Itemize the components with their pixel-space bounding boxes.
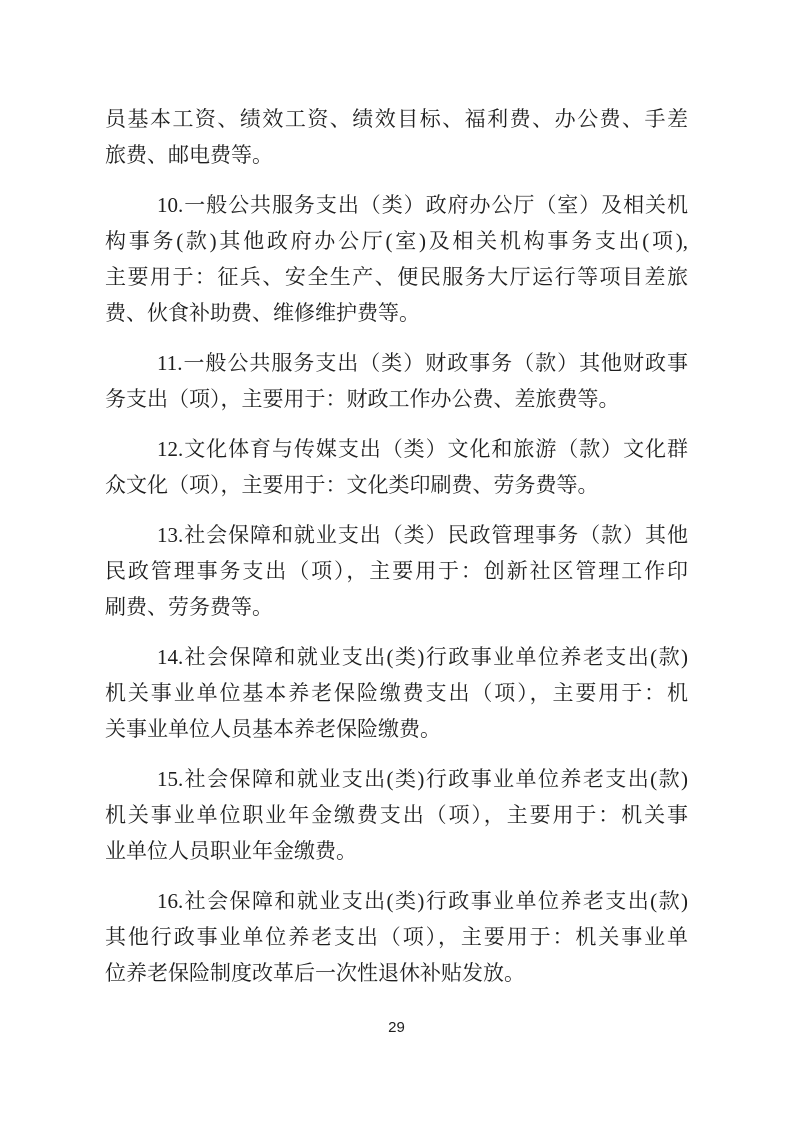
page-number: 29 — [0, 1019, 793, 1036]
text-line: 费、伙食补助费、维修维护费等。 — [105, 295, 688, 331]
paragraph: 10.一般公共服务支出（类）政府办公厅（室）及相关机构事务(款)其他政府办公厅(… — [105, 187, 688, 331]
text-line: 13.社会保障和就业支出（类）民政管理事务（款）其他 — [105, 517, 688, 553]
text-line: 12.文化体育与传媒支出（类）文化和旅游（款）文化群 — [105, 431, 688, 467]
text-line: 机关事业单位职业年金缴费支出（项），主要用于：机关事 — [105, 797, 688, 833]
text-line: 14.社会保障和就业支出(类)行政事业单位养老支出(款) — [105, 639, 688, 675]
paragraph: 12.文化体育与传媒支出（类）文化和旅游（款）文化群众文化（项），主要用于：文化… — [105, 431, 688, 503]
text-line: 刷费、劳务费等。 — [105, 589, 688, 625]
paragraph: 13.社会保障和就业支出（类）民政管理事务（款）其他民政管理事务支出（项），主要… — [105, 517, 688, 625]
text-line: 16.社会保障和就业支出(类)行政事业单位养老支出(款) — [105, 883, 688, 919]
text-line: 关事业单位人员基本养老保险缴费。 — [105, 711, 688, 747]
text-line: 员基本工资、绩效工资、绩效目标、福利费、办公费、手差 — [105, 101, 688, 137]
text-line: 业单位人员职业年金缴费。 — [105, 833, 688, 869]
paragraph: 15.社会保障和就业支出(类)行政事业单位养老支出(款)机关事业单位职业年金缴费… — [105, 761, 688, 869]
text-line: 10.一般公共服务支出（类）政府办公厅（室）及相关机 — [105, 187, 688, 223]
document-body: 员基本工资、绩效工资、绩效目标、福利费、办公费、手差旅费、邮电费等。10.一般公… — [105, 101, 688, 1005]
text-line: 构事务(款)其他政府办公厅(室)及相关机构事务支出(项), — [105, 223, 688, 259]
text-line: 众文化（项），主要用于：文化类印刷费、劳务费等。 — [105, 467, 688, 503]
text-line: 务支出（项），主要用于：财政工作办公费、差旅费等。 — [105, 381, 688, 417]
text-line: 11.一般公共服务支出（类）财政事务（款）其他财政事 — [105, 345, 688, 381]
text-line: 旅费、邮电费等。 — [105, 137, 688, 173]
paragraph: 16.社会保障和就业支出(类)行政事业单位养老支出(款)其他行政事业单位养老支出… — [105, 883, 688, 991]
text-line: 位养老保险制度改革后一次性退休补贴发放。 — [105, 955, 688, 991]
paragraph: 员基本工资、绩效工资、绩效目标、福利费、办公费、手差旅费、邮电费等。 — [105, 101, 688, 173]
paragraph: 14.社会保障和就业支出(类)行政事业单位养老支出(款)机关事业单位基本养老保险… — [105, 639, 688, 747]
document-page: { "page": { "background": "#ffffff", "te… — [0, 0, 793, 1122]
text-line: 机关事业单位基本养老保险缴费支出（项），主要用于：机 — [105, 675, 688, 711]
text-line: 其他行政事业单位养老支出（项），主要用于：机关事业单 — [105, 919, 688, 955]
paragraph: 11.一般公共服务支出（类）财政事务（款）其他财政事务支出（项），主要用于：财政… — [105, 345, 688, 417]
text-line: 15.社会保障和就业支出(类)行政事业单位养老支出(款) — [105, 761, 688, 797]
text-line: 主要用于：征兵、安全生产、便民服务大厅运行等项目差旅 — [105, 259, 688, 295]
text-line: 民政管理事务支出（项），主要用于：创新社区管理工作印 — [105, 553, 688, 589]
